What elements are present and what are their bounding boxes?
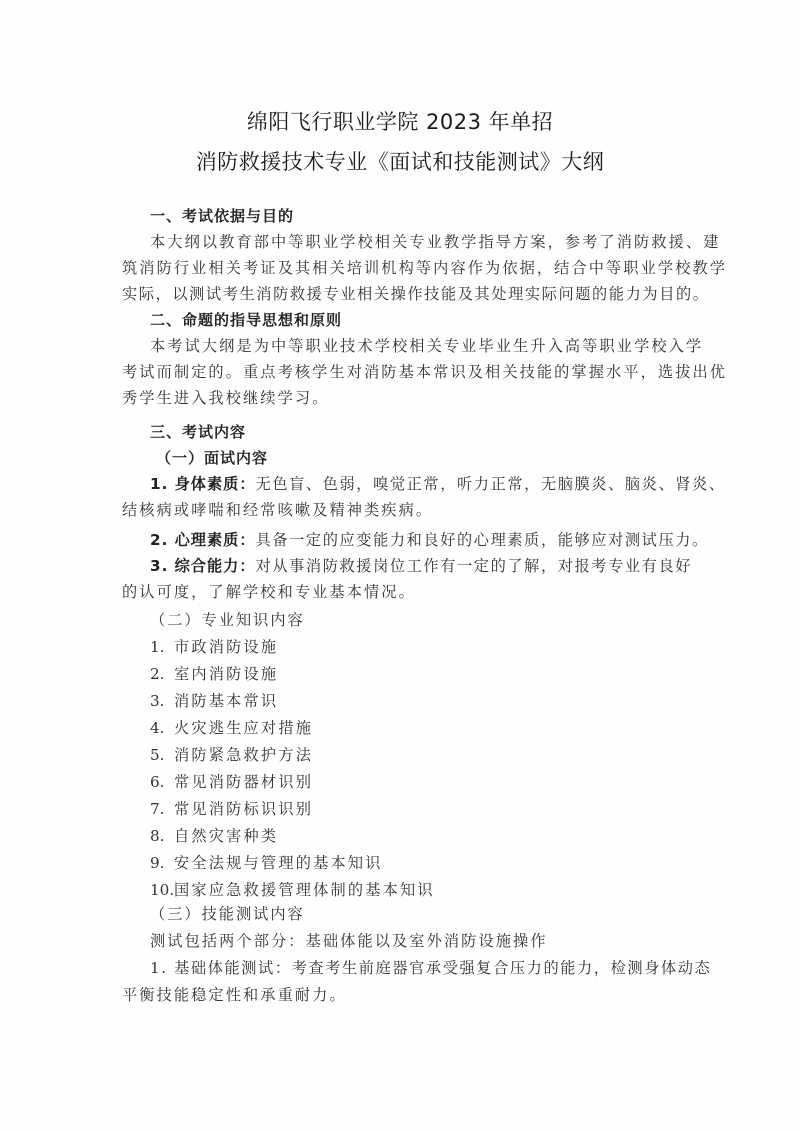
- list-text: 市政消防设施: [174, 638, 278, 656]
- list-text: 常见消防器材识别: [174, 773, 313, 791]
- list-number: 1.: [150, 637, 174, 657]
- item-text: 具备一定的应变能力和良好的心理素质，能够应对测试压力。: [256, 531, 709, 549]
- section-heading-3: 三、考试内容: [150, 422, 708, 442]
- list-number: 2.: [150, 664, 174, 684]
- item-label: 2. 心理素质：: [150, 531, 256, 549]
- list-text: 国家应急救援管理体制的基本知识: [174, 881, 435, 899]
- interview-item-3-cont: 的认可度，了解学校和专业基本情况。: [122, 582, 680, 602]
- item-label: 3. 综合能力：: [150, 557, 256, 575]
- item-label: 1. 身体素质：: [150, 475, 256, 493]
- item-text: 无色盲、色弱，嗅觉正常，听力正常，无脑膜炎、脑炎、肾炎、: [256, 475, 726, 493]
- list-item: 6.常见消防器材识别: [150, 772, 708, 792]
- list-item: 7.常见消防标识识别: [150, 799, 708, 819]
- list-number: 8.: [150, 826, 174, 846]
- list-text: 常见消防标识识别: [174, 800, 313, 818]
- interview-item-1: 1. 身体素质：无色盲、色弱，嗅觉正常，听力正常，无脑膜炎、脑炎、肾炎、: [150, 474, 680, 494]
- document-page: 绵阳飞行职业学院 2023 年单招 消防救援技术专业《面试和技能测试》大纲 一、…: [0, 0, 800, 1131]
- title-line-1: 绵阳飞行职业学院 2023 年单招: [0, 106, 800, 136]
- list-number: 9.: [150, 853, 174, 873]
- paragraph-line: 秀学生进入我校继续学习。: [122, 388, 680, 408]
- list-number: 10.: [150, 880, 174, 900]
- paragraph-line: 考试而制定的。重点考核学生对消防基本常识及相关技能的掌握水平，选拔出优: [122, 362, 680, 382]
- list-number: 7.: [150, 799, 174, 819]
- skills-item-1-cont: 平衡技能稳定性和承重耐力。: [122, 985, 680, 1005]
- paragraph-line: 本考试大纲是为中等职业技术学校相关专业毕业生升入高等职业学校入学: [150, 336, 680, 356]
- paragraph-line: 筑消防行业相关考证及其相关培训机构等内容作为依据，结合中等职业学校教学: [122, 258, 680, 278]
- paragraph-line: 本大纲以教育部中等职业学校相关专业教学指导方案，参考了消防救援、建: [150, 232, 680, 252]
- paragraph-line: 实际，以测试考生消防救援专业相关操作技能及其处理实际问题的能力为目的。: [122, 284, 680, 304]
- list-item: 2.室内消防设施: [150, 664, 708, 684]
- list-item: 4.火灾逃生应对措施: [150, 718, 708, 738]
- list-item: 8.自然灾害种类: [150, 826, 708, 846]
- list-number: 6.: [150, 772, 174, 792]
- list-text: 消防紧急救护方法: [174, 746, 313, 764]
- list-text: 消防基本常识: [174, 692, 278, 710]
- skills-heading: （三）技能测试内容: [150, 904, 708, 924]
- interview-item-3: 3. 综合能力：对从事消防救援岗位工作有一定的了解，对报考专业有良好: [150, 556, 680, 576]
- list-number: 5.: [150, 745, 174, 765]
- list-text: 火灾逃生应对措施: [174, 719, 313, 737]
- list-number: 3.: [150, 691, 174, 711]
- list-item: 5.消防紧急救护方法: [150, 745, 708, 765]
- interview-item-1-cont: 结核病或哮喘和经常咳嗽及精神类疾病。: [122, 500, 680, 520]
- interview-item-2: 2. 心理素质：具备一定的应变能力和良好的心理素质，能够应对测试压力。: [150, 530, 680, 550]
- skills-intro: 测试包括两个部分：基础体能以及室外消防设施操作: [150, 931, 680, 951]
- list-text: 安全法规与管理的基本知识: [174, 854, 383, 872]
- title-line-2: 消防救援技术专业《面试和技能测试》大纲: [0, 146, 800, 176]
- list-number: 4.: [150, 718, 174, 738]
- item-text: 对从事消防救援岗位工作有一定的了解，对报考专业有良好: [256, 557, 692, 575]
- section-heading-2: 二、命题的指导思想和原则: [150, 310, 708, 330]
- list-item: 3.消防基本常识: [150, 691, 708, 711]
- skills-item-1: 1. 基础体能测试：考查考生前庭器官承受强复合压力的能力，检测身体动态: [150, 958, 680, 978]
- section-heading-1: 一、考试依据与目的: [150, 206, 708, 226]
- list-text: 室内消防设施: [174, 665, 278, 683]
- interview-heading: （一）面试内容: [156, 448, 714, 468]
- list-text: 自然灾害种类: [174, 827, 278, 845]
- list-item: 1.市政消防设施: [150, 637, 708, 657]
- list-item: 10.国家应急救援管理体制的基本知识: [150, 880, 708, 900]
- list-item: 9.安全法规与管理的基本知识: [150, 853, 708, 873]
- knowledge-heading: （二）专业知识内容: [150, 610, 708, 630]
